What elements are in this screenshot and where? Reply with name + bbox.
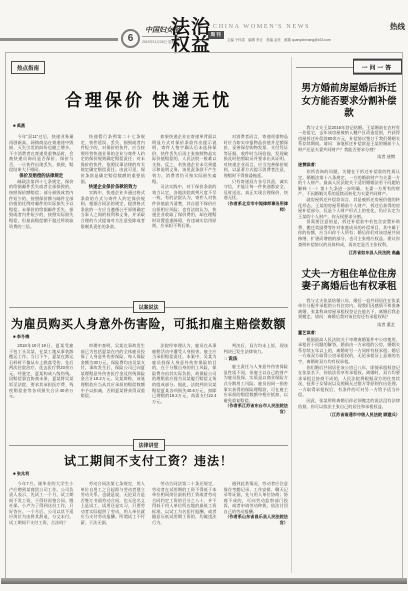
header-rule xyxy=(0,38,118,41)
express-col2: 快递暂行条例第二十七条规定，快件延误、丢失、损毁或者内件短少的，对保价的快件，应… xyxy=(81,134,146,300)
qa2-answer: 因此，张某所称离婚后你必须搬走的说法没有法律依据，你可以依法主张自己的居住和承租… xyxy=(298,398,400,409)
lecture-columns: 今年7月，刚毕业的大学生小卢应聘到某商贸公司工作。公司负责人表示，先试工一个月，… xyxy=(9,481,288,575)
article-case: 以案说法 为雇员购买人身意外伤害险，可抵扣雇主赔偿数额 ■ 李冬梅 2018年1… xyxy=(9,303,288,440)
paragraph: 劳动合同法第七条规定，用人单位自用工之日起即与劳动者建立劳动关系。也就是说，无论… xyxy=(81,481,146,526)
article-lecture: 法律讲堂 试工期间不支付工资？违法！ ■ 张兆利 今年7月，刚毕业的大学生小卢应… xyxy=(9,441,288,577)
english-title: CHINA WOMEN'S NEWS xyxy=(213,23,310,30)
author-credit: （作者系江苏省东台市人民法院法官） xyxy=(224,403,289,414)
case-divider: 以案说法 xyxy=(9,303,288,308)
express-columns: 今年“双11”过后，快递业务量再创新高，网购商品在寄递途中毁损、灭失引发的纠纷也… xyxy=(9,134,288,300)
staff-line: 主编 于怀清 编辑 李言 美编 金亮 邮箱 quanyixinxiang@163… xyxy=(227,37,331,42)
hotline-label: 热线 xyxy=(390,21,405,32)
lecture-col2: 劳动合同法第七条规定，用人单位自用工之日起即与劳动者建立劳动关系。也就是说，无论… xyxy=(81,481,146,575)
lecture-col1: 今年7月，刚毕业的大学生小卢应聘到某商贸公司工作。公司负责人表示，先试工一个月，… xyxy=(9,481,74,575)
paragraph: 实践中，快递企业多通过格式条款的方式与寄件人约定保价规则。根据合同法的规定，提供… xyxy=(81,190,146,229)
qa2-headline: 丈夫一方租住单位住房 妻子离婚后也有权承租 xyxy=(298,269,400,294)
paragraph: 审理中查明，吴某在事故发生前已为包括夏某在内的全体雇员投保了人身意外伤害保险，每… xyxy=(81,343,146,399)
qa1-answer: 就房屋拆迁补偿款而言，其是被拆迁房屋价值的转化形态。王某的房屋系婚前个人财产，拆… xyxy=(298,197,400,219)
qa2-credit: （江苏省南通市中级人民法院 顾建兵） xyxy=(298,412,400,418)
lecture-headline: 试工期间不支付工资？违法！ xyxy=(9,452,288,469)
weekly-badge: 周刊 xyxy=(208,31,224,39)
paragraph: 邮政法第四十七条规定，保价的给据邮件丢失或者全部损毁的，按照保价额赔偿；部分损毁… xyxy=(9,179,74,229)
express-col4: 对消费者而言，寄递贵重物品时应当如实申报物品价值并足额保价，妥善保存购物发票、支… xyxy=(224,134,289,300)
qa-flow: 男方婚前房屋婚后拆迁 女方能否要求分割补偿款 我与丈夫王某2016年登记结婚。王… xyxy=(298,77,400,576)
page-number-badge: 6 xyxy=(121,29,140,48)
case-col4: 判决后，双方均未上诉，现该判决已发生法律效力。 □ 说法 雇主责任与人身意外伤害… xyxy=(224,343,289,438)
paragraph: 对消费者而言，寄递贵重物品时应当如实申报物品价值并足额保价，妥善保存购物发票、支… xyxy=(224,134,289,179)
qa2-answer: 根据最高人民法院关于审理离婚案件中公房使用、承租若干问题的解答，婚前由一方承租的… xyxy=(298,337,400,365)
qa1-headline-line1: 男方婚前房屋婚后拆迁 xyxy=(298,83,400,96)
qa1-headline: 男方婚前房屋婚后拆迁 女方能否要求分割补偿款 xyxy=(298,83,400,121)
article-express: 热点指南 合理保价 快递无忧 ■ 禹燕 今年“双11”过后，快递业务量再创新高，… xyxy=(9,57,288,300)
case-col2: 审理中查明，吴某在事故发生前已为包括夏某在内的全体雇员投保了人身意外伤害保险，每… xyxy=(81,343,146,438)
lecture-col3: 劳动合同法第二十条还规定，劳动者在试用期的工资不得低于本单位相同岗位最低档工资或… xyxy=(152,481,217,575)
paragraph: 司法实践中，对于保价条款的效力认定，各地法院裁判尺度不尽一致。有的法院认为，寄件… xyxy=(152,184,217,229)
paragraph: 今年“双11”过后，快递业务量再创新高，网购商品在寄递途中毁损、灭失引发的纠纷也… xyxy=(9,134,74,173)
paragraph: 只有寄递双方各尽其责，诚实守信，才能让每一件快递都安全、及时送达，真正实现合理保… xyxy=(224,179,289,201)
paragraph: 遇到此类情况，劳动者应注意保存考勤记录、工作安排、聊天记录等证据，先与用人单位协… xyxy=(224,481,289,514)
qa1-question: 我与丈夫王某2016年登记结婚。王某婚前在农村有一处祖宅，去年该房屋被纳入棚户区… xyxy=(298,125,400,153)
section-title-line1: 法治 xyxy=(171,19,211,37)
qa-divider: 一问一答 xyxy=(296,67,402,68)
qa2-headline-line1: 丈夫一方租住单位住房 xyxy=(298,269,400,282)
case-col1: 2018年10月19日，夏某受雇于包工头吴某，在某工地从事装卸搬运工作。当日下午… xyxy=(9,343,74,438)
qa1-credit: 江苏省如东县人民法院 高鑫 xyxy=(298,250,400,256)
qa2-asker: 读者 董艺 xyxy=(298,322,395,328)
author-credit: （作者系北京市中闻律师事务所律师） xyxy=(224,201,289,212)
qa2-headline-line2: 妻子离婚后也有权承租 xyxy=(298,281,400,294)
paragraph: 今年7月，刚毕业的大学生小卢应聘到某商贸公司工作。公司负责人表示，先试工一个月，… xyxy=(9,481,74,526)
express-headline: 合理保价 快递无忧 xyxy=(9,86,288,111)
case-byline: ■ 李冬梅 xyxy=(13,334,29,340)
paragraph: 快递暂行条例第二十七条规定，快件延误、丢失、损毁或者内件短少的，对保价的快件，应… xyxy=(81,134,146,184)
tag-law-lecture: 法律讲堂 xyxy=(132,439,164,451)
author-credit: （作者系山东省昌乐县人民法院法官） xyxy=(224,514,289,525)
qa-column: 一问一答 男方婚前房屋婚后拆迁 女方能否要求分割补偿款 我与丈夫王某2016年登… xyxy=(296,57,402,577)
express-col1: 今年“双11”过后，快递业务量再创新高，网购商品在寄递途中毁损、灭失引发的纠纷也… xyxy=(9,134,74,300)
qa2-answer: 你们婚后共同居住该公房已八年，即使承租权登记在张某名下，你依法仍享有承租权。离婚… xyxy=(298,365,400,398)
tag-question-answer: 一问一答 xyxy=(353,59,402,75)
column-divider xyxy=(291,57,292,573)
paragraph: 如果快递企业在寄递单背面以明显方式对保价条款作出提示说明，寄件人签字确认后未选择… xyxy=(152,134,217,184)
case-col3: 法院经审理认为，雇员在从事雇佣活动中遭受人身损害，雇主应当承担赔偿责任。本案中，… xyxy=(152,343,217,438)
lecture-col4: 遇到此类情况，劳动者应注意保存考勤记录、工作安排、聊天记录等证据，先与用人单位协… xyxy=(224,481,289,575)
paragraph: 劳动合同法第二十条还规定，劳动者在试用期的工资不得低于本单位相同岗位最低档工资或… xyxy=(152,481,217,526)
square-icon: □ xyxy=(224,356,227,362)
qa1-headline-line2: 女方能否要求分割补偿款 xyxy=(298,96,400,121)
qa2-question: 我与丈夫张某结婚八年，婚后一直共同居住在张某单位分配并承租的公有住房内。现我们因… xyxy=(298,298,400,320)
case-headline: 为雇员购买人身意外伤害险，可抵扣雇主赔偿数额 xyxy=(9,315,288,332)
bottom-bar xyxy=(1,578,407,584)
lecture-divider: 法律讲堂 xyxy=(9,441,288,446)
section-title: 法治 权益 xyxy=(171,19,211,54)
tag-case-law: 以案说法 xyxy=(132,301,164,313)
commentary-box-label: □ 说法 xyxy=(224,356,289,362)
paragraph: 法院经审理认为，雇员在从事雇佣活动中遭受人身损害，雇主应当承担赔偿责任。本案中，… xyxy=(152,343,217,404)
lecture-byline: ■ 张兆利 xyxy=(13,471,29,477)
qa1-answer: 但需要注意的是，拆迁补偿款中若包含安置补助费、搬迁奖励费等针对家庭成员的补偿项目… xyxy=(298,219,400,247)
express-byline: ■ 禹燕 xyxy=(13,123,25,129)
paragraph: 2018年10月19日，夏某受雇于包工头吴某，在某工地从事装卸搬运工作。当日下午… xyxy=(9,343,74,399)
newspaper-page: 6 中国妇女报 2019年11月26日 星期二 法治 权益 CHINA WOME… xyxy=(0,0,408,591)
express-col3: 如果快递企业在寄递单背面以明显方式对保价条款作出提示说明，寄件人签字确认后未选择… xyxy=(152,134,217,300)
qa1-reply-label: 迷惘读者： xyxy=(298,162,400,168)
paragraph: 雇主责任与人身意外伤害保险虽性质不同，但雇主以自己的财产为雇员投保，实质是以商业… xyxy=(224,364,289,403)
qa1-asker: 读者 迷惘 xyxy=(298,154,395,160)
qa1-answer: 你所咨询的问题，关键在于拆迁补偿款的性质认定。婚姻法第十八条规定，一方的婚前财产… xyxy=(298,169,400,197)
commentary-label: 说法 xyxy=(228,356,237,362)
paragraph: 判决后，双方均未上诉，现该判决已发生法律效力。 xyxy=(224,343,289,354)
tag-hotspot-guide: 热点指南 xyxy=(11,61,45,74)
case-columns: 2018年10月19日，夏某受雇于包工头吴某，在某工地从事装卸搬运工作。当日下午… xyxy=(9,343,288,438)
qa2-reply-label: 董艺读者： xyxy=(298,330,400,336)
